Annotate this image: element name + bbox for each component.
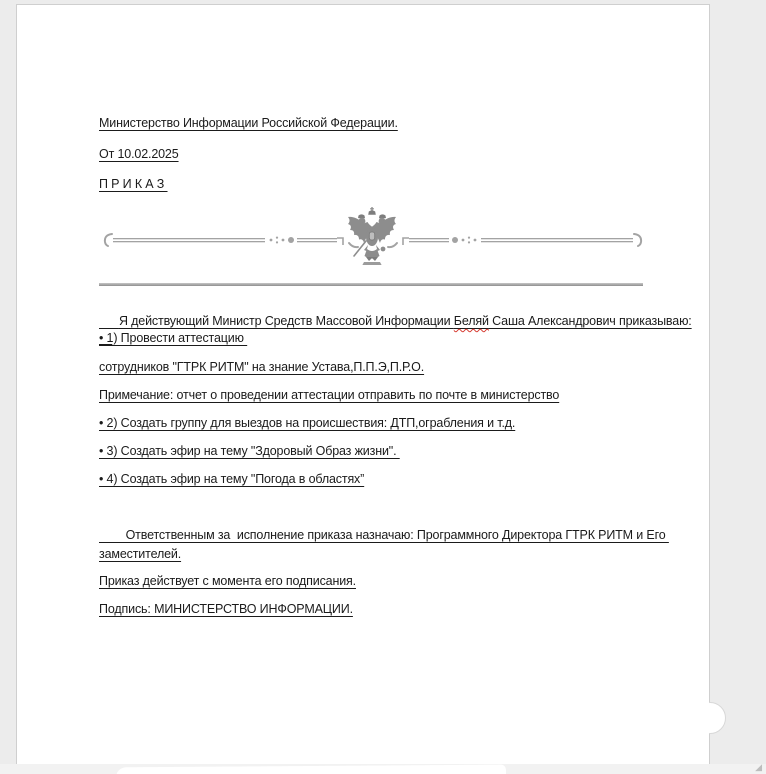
order-item-1: • 1) Провести аттестацию — [99, 330, 247, 346]
ministry-title-line: Министерство Информации Российской Федер… — [99, 115, 398, 131]
document-page[interactable]: Министерство Информации Российской Федер… — [16, 4, 710, 765]
order-title-line: П Р И К А З — [99, 176, 168, 192]
order-date-line: От 10.02.2025 — [99, 146, 179, 162]
background-window-edge — [116, 765, 506, 774]
intro-text-after: Саша Александрович приказываю: — [489, 314, 692, 328]
order-item-3: • 3) Создать эфир на тему "Здоровый Обра… — [99, 443, 400, 459]
document-canvas: Министерство Информации Российской Федер… — [0, 0, 766, 774]
validity-line: Приказ действует с момента его подписани… — [99, 573, 356, 589]
section-separator-line — [99, 283, 643, 286]
intro-text-before: Я действующий Министр Средств Массовой И… — [119, 314, 454, 328]
order-item-note: Примечание: отчет о проведении аттестаци… — [99, 387, 559, 403]
order-item-2: • 2) Создать группу для выездов на проис… — [99, 415, 515, 431]
page-side-tab-mask — [692, 701, 709, 735]
order-item-4: • 4) Создать эфир на тему "Погода в обла… — [99, 471, 364, 487]
signature-line: Подпись: МИНИСТЕРСТВО ИНФОРМАЦИИ. — [99, 601, 353, 617]
order-item-1-continuation: сотрудников "ГТРК РИТМ" на знание Устава… — [99, 359, 424, 375]
resize-grip-icon[interactable]: ◢ — [755, 763, 762, 772]
responsibility-line-1: Ответственным за исполнение приказа назн… — [99, 527, 669, 543]
misspelled-word: Беляй — [454, 314, 489, 328]
coat-of-arms-eagle-icon — [346, 207, 398, 269]
responsibility-line-2: заместителей. — [99, 546, 181, 562]
